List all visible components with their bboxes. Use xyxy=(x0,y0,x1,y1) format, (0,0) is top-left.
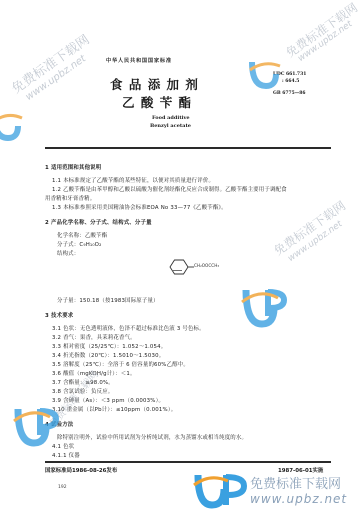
page-number: 192 xyxy=(58,485,67,490)
brand-cn-text: 免费标准下载网 xyxy=(250,473,341,492)
title-en-line2: Benzyl acetate xyxy=(150,123,191,129)
requirement-item: 3.3 相对密度（25/25℃）：1.052～1.054。 xyxy=(52,342,166,350)
requirement-item: 3.1 色状：无色透明液体，色泽不超过标准比色液 3 号色标。 xyxy=(52,324,205,332)
section-1-1: 1.1 本标准规定了乙酸苄酯的某些特征，以便对其质量进行评价。 xyxy=(52,176,214,184)
chemical-name: 化学名称：乙酸苄酯 xyxy=(57,231,107,239)
section-4-intro: 除特别注明外，试验中所用试剂为分析纯试剂，水为蒸馏水或相当纯度的水。 xyxy=(57,433,247,441)
up-logo-icon xyxy=(246,56,286,92)
formula-value: C₉H₁₀O₂ xyxy=(79,242,101,248)
up-logo-icon xyxy=(238,286,288,330)
section-3-heading: 3 技术要求 xyxy=(45,311,73,319)
up-logo-icon xyxy=(10,405,60,449)
requirement-item: 3.4 折光指数（20℃）：1.5010～1.5030。 xyxy=(52,351,164,359)
molecular-formula: 分子式：C₉H₁₀O₂ xyxy=(57,240,101,248)
header-rule xyxy=(45,147,331,149)
section-2-heading: 2 产品化学名称、分子式、结构式、分子量 xyxy=(45,218,152,226)
formula-label: 分子式： xyxy=(57,242,79,248)
section-1-2: 1.2 乙酸苄酯是由苯甲醇和乙酸以硫酸为催化剂经酯化反应合成制得。乙酸苄酯主要用… xyxy=(52,185,287,193)
title-cn-line1: 食 品 添 加 剂 xyxy=(110,75,199,93)
footer-rule xyxy=(45,461,331,463)
section-1-2-cont: 用香精和牙膏香精。 xyxy=(45,194,95,202)
brand-url-text: www.upbz.net xyxy=(250,492,347,506)
requirement-item: 3.2 香气：果香，具茉莉花香气。 xyxy=(52,333,136,341)
structure-label: 结构式： xyxy=(57,249,79,257)
structure-substituent: CH₂OOCCH₃ xyxy=(194,263,219,268)
up-logo-icon xyxy=(0,108,30,144)
section-1-3: 1.3 本标准参照采用美国精油协会标准EOA No 33—77《乙酸苄酯》。 xyxy=(52,203,227,211)
section-1-heading: 1 适用范围和其他说明 xyxy=(45,163,101,171)
title-cn-line2: 乙 酸 苄 酯 xyxy=(122,93,192,111)
national-standard-label: 中华人民共和国国家标准 xyxy=(106,57,172,64)
section-4-1-1: 4.1.1 仪器 xyxy=(52,451,80,459)
title-en-line1: Food additive xyxy=(152,115,190,121)
up-logo-large-icon xyxy=(192,473,248,509)
molecular-weight: 分子量：150.18（按1983国际原子量） xyxy=(57,296,159,304)
requirement-item: 3.5 溶解度（25℃）：全溶于 6 倍容量的60%乙醇中。 xyxy=(52,360,189,368)
issue-date: 国家标准局1986-08-26发布 xyxy=(45,466,117,474)
